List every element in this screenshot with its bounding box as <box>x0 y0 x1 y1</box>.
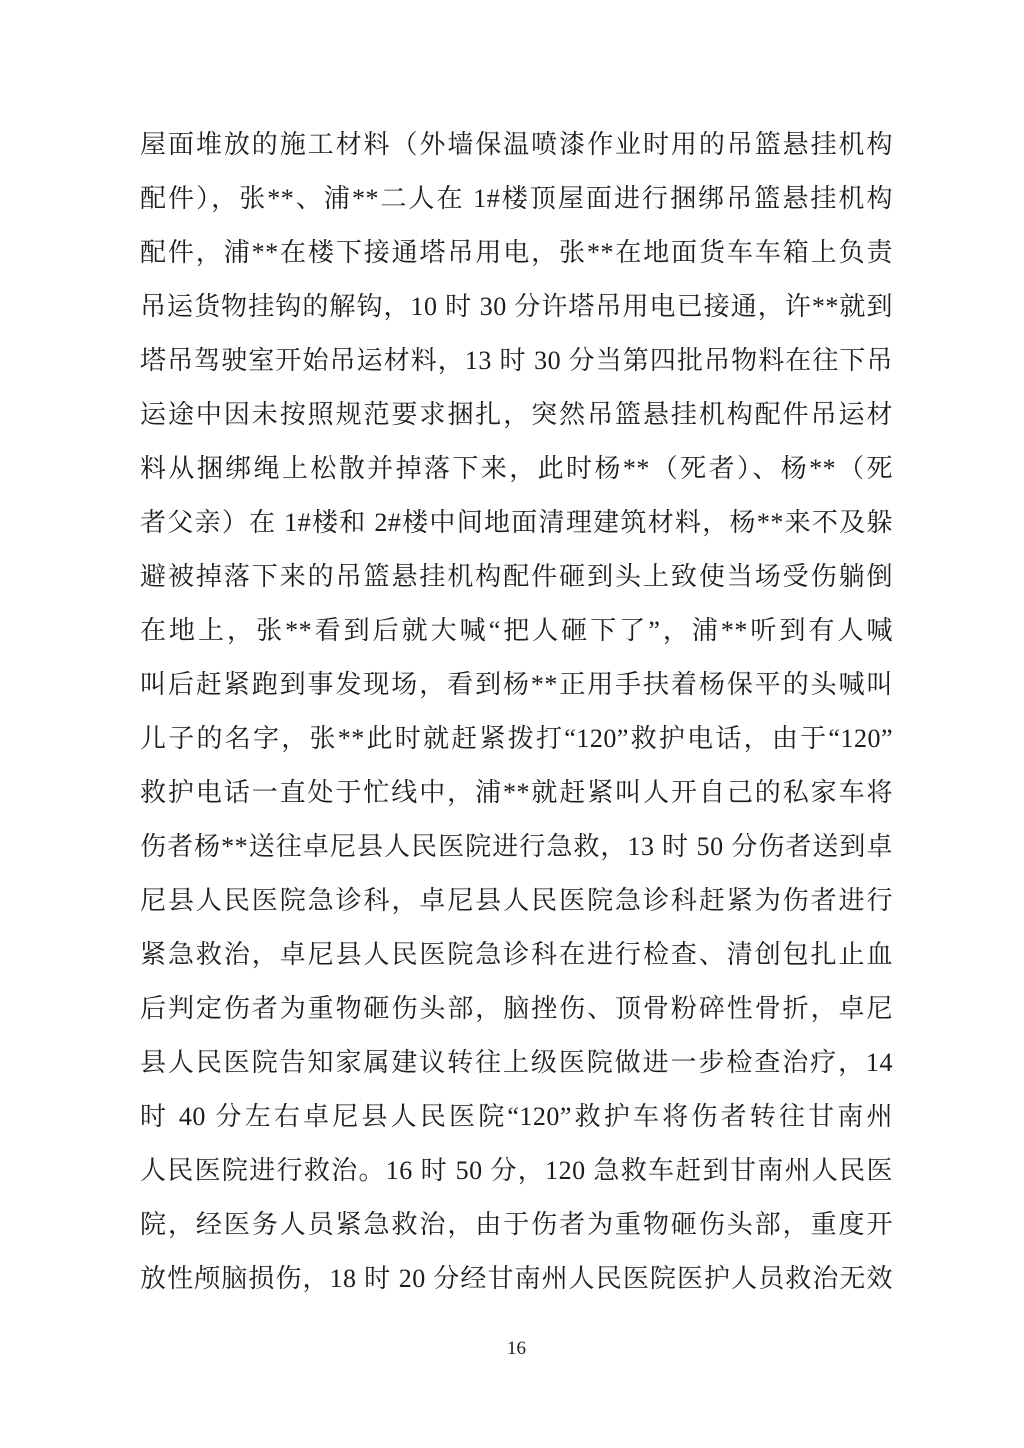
paragraph-line: 紧急救治，卓尼县人民医院急诊科在进行检查、清创包扎止血 <box>140 928 893 982</box>
paragraph-line: 塔吊驾驶室开始吊运材料，13 时 30 分当第四批吊物料在往下吊 <box>140 334 893 388</box>
paragraph-line: 配件，浦**在楼下接通塔吊用电，张**在地面货车车箱上负责 <box>140 226 893 280</box>
paragraph-line: 伤者杨**送往卓尼县人民医院进行急救，13 时 50 分伤者送到卓 <box>140 820 893 874</box>
paragraph-line: 配件），张**、浦**二人在 1#楼顶屋面进行捆绑吊篮悬挂机构 <box>140 172 893 226</box>
paragraph-line: 吊运货物挂钩的解钩，10 时 30 分许塔吊用电已接通，许**就到 <box>140 280 893 334</box>
page-footer: 16 <box>140 1338 893 1360</box>
paragraph-line: 避被掉落下来的吊篮悬挂机构配件砸到头上致使当场受伤躺倒 <box>140 550 893 604</box>
paragraph-line: 叫后赶紧跑到事发现场，看到杨**正用手扶着杨保平的头喊叫 <box>140 658 893 712</box>
paragraph-line: 县人民医院告知家属建议转往上级医院做进一步检查治疗，14 <box>140 1036 893 1090</box>
paragraph-line: 救护电话一直处于忙线中，浦**就赶紧叫人开自己的私家车将 <box>140 766 893 820</box>
paragraph-line: 运途中因未按照规范要求捆扎，突然吊篮悬挂机构配件吊运材 <box>140 388 893 442</box>
page-number: 16 <box>507 1338 526 1359</box>
paragraph-line: 后判定伤者为重物砸伤头部，脑挫伤、顶骨粉碎性骨折，卓尼 <box>140 982 893 1036</box>
paragraph-line: 人民医院进行救治。16 时 50 分，120 急救车赶到甘南州人民医 <box>140 1144 893 1198</box>
paragraph-line: 时 40 分左右卓尼县人民医院“120”救护车将伤者转往甘南州 <box>140 1090 893 1144</box>
paragraph-line: 儿子的名字，张**此时就赶紧拨打“120”救护电话，由于“120” <box>140 712 893 766</box>
paragraph-line: 在地上，张**看到后就大喊“把人砸下了”，浦**听到有人喊 <box>140 604 893 658</box>
paragraph-line: 屋面堆放的施工材料（外墙保温喷漆作业时用的吊篮悬挂机构 <box>140 118 893 172</box>
paragraph-line: 尼县人民医院急诊科，卓尼县人民医院急诊科赶紧为伤者进行 <box>140 874 893 928</box>
paragraph-line: 料从捆绑绳上松散并掉落下来，此时杨**（死者）、杨**（死 <box>140 442 893 496</box>
paragraph-line: 院，经医务人员紧急救治，由于伤者为重物砸伤头部，重度开 <box>140 1198 893 1252</box>
document-page: 屋面堆放的施工材料（外墙保温喷漆作业时用的吊篮悬挂机构 配件），张**、浦**二… <box>0 0 1024 1448</box>
paragraph-line: 放性颅脑损伤，18 时 20 分经甘南州人民医院医护人员救治无效 <box>140 1252 893 1306</box>
body-paragraph: 屋面堆放的施工材料（外墙保温喷漆作业时用的吊篮悬挂机构 配件），张**、浦**二… <box>140 118 893 1306</box>
paragraph-line: 者父亲）在 1#楼和 2#楼中间地面清理建筑材料，杨**来不及躲 <box>140 496 893 550</box>
